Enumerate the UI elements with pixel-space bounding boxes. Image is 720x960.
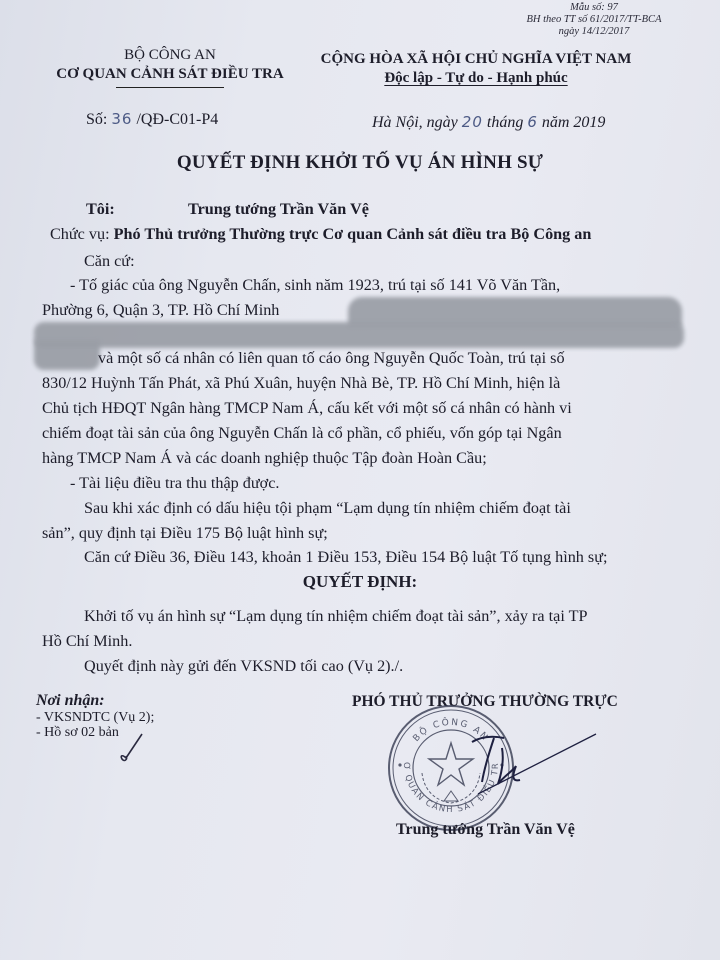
- form-number: Mẫu số: 97: [494, 2, 694, 14]
- national-motto: Độc lập - Tự do - Hạnh phúc: [384, 70, 567, 86]
- position-label: Chức vụ:: [50, 225, 110, 243]
- header-right: CỘNG HÒA XÃ HỘI CHỦ NGHĨA VIỆT NAM Độc l…: [308, 50, 644, 88]
- day-handwritten: 20: [462, 113, 483, 131]
- grounds-line: Phường 6, Quận 3, TP. Hồ Chí Minh: [42, 301, 279, 320]
- decision-line: Hồ Chí Minh.: [42, 632, 132, 651]
- date-prefix: Hà Nội, ngày: [372, 114, 458, 131]
- document-number: Số: 36 /QĐ-C01-P4: [86, 110, 218, 129]
- grounds-line: - Tài liệu điều tra thu thập được.: [70, 474, 279, 493]
- issuer-label: Tôi:: [86, 200, 115, 219]
- grounds-line: 830/12 Huỳnh Tấn Phát, xã Phú Xuân, huyệ…: [42, 374, 560, 393]
- decision-line: Khởi tố vụ án hình sự “Lạm dụng tín nhiệ…: [84, 607, 587, 626]
- month-label: tháng: [487, 114, 523, 131]
- number-handwritten: 36: [111, 110, 132, 128]
- decision-line: Quyết định này gửi đến VKSND tối cao (Vụ…: [84, 657, 403, 676]
- grounds-line: Căn cứ Điều 36, Điều 143, khoản 1 Điều 1…: [84, 548, 608, 567]
- signature-icon: [468, 726, 598, 796]
- grounds-line: - Tố giác của ông Nguyễn Chấn, sinh năm …: [70, 276, 560, 295]
- signatory-name: Trung tướng Trần Văn Vệ: [396, 821, 575, 839]
- grounds-line: và một số cá nhân có liên quan tố cáo ôn…: [98, 349, 565, 368]
- ministry-name: BỘ CÔNG AN: [30, 46, 310, 65]
- agency-name: CƠ QUAN CẢNH SÁT ĐIỀU TRA: [30, 65, 310, 84]
- month-handwritten: 6: [527, 113, 538, 131]
- country-name: CỘNG HÒA XÃ HỘI CHỦ NGHĨA VIỆT NAM: [308, 50, 644, 69]
- initial-mark-icon: [116, 732, 146, 762]
- number-suffix: /QĐ-C01-P4: [136, 111, 218, 128]
- grounds-line: sản”, quy định tại Điều 175 Bộ luật hình…: [42, 524, 328, 543]
- grounds-line: Chủ tịch HĐQT Ngân hàng TMCP Nam Á, cấu …: [42, 399, 572, 418]
- document-page: Mẫu số: 97 BH theo TT số 61/2017/TT-BCA …: [0, 0, 720, 960]
- form-date: ngày 14/12/2017: [494, 26, 694, 38]
- decision-heading: QUYẾT ĐỊNH:: [0, 572, 720, 592]
- form-circular: BH theo TT số 61/2017/TT-BCA: [494, 14, 694, 26]
- redacted-region: [34, 340, 100, 370]
- header-left: BỘ CÔNG AN CƠ QUAN CẢNH SÁT ĐIỀU TRA: [30, 46, 310, 88]
- position-value: Phó Thủ trưởng Thường trực Cơ quan Cảnh …: [114, 225, 592, 243]
- date-line: Hà Nội, ngày 20 tháng 6 năm 2019: [372, 113, 605, 132]
- recipient-item: - VKSNDTC (Vụ 2);: [36, 710, 154, 725]
- document-title: QUYẾT ĐỊNH KHỞI TỐ VỤ ÁN HÌNH SỰ: [0, 152, 720, 174]
- grounds-line: Sau khi xác định có dấu hiệu tội phạm “L…: [84, 499, 571, 518]
- grounds-heading: Căn cứ:: [84, 252, 135, 271]
- recipients-heading: Nơi nhận:: [36, 692, 154, 710]
- year-label: năm 2019: [542, 114, 606, 131]
- grounds-line: chiếm đoạt tài sản của ông Nguyễn Chấn l…: [42, 424, 562, 443]
- agency-underline: [116, 87, 224, 88]
- grounds-line: hàng TMCP Nam Á và các doanh nghiệp thuộ…: [42, 449, 487, 468]
- redacted-region: [34, 322, 684, 348]
- form-reference: Mẫu số: 97 BH theo TT số 61/2017/TT-BCA …: [494, 2, 694, 38]
- issuer-position: Chức vụ: Phó Thủ trưởng Thường trực Cơ q…: [50, 225, 591, 244]
- number-label: Số:: [86, 111, 107, 128]
- issuer-name: Trung tướng Trần Văn Vệ: [188, 200, 369, 219]
